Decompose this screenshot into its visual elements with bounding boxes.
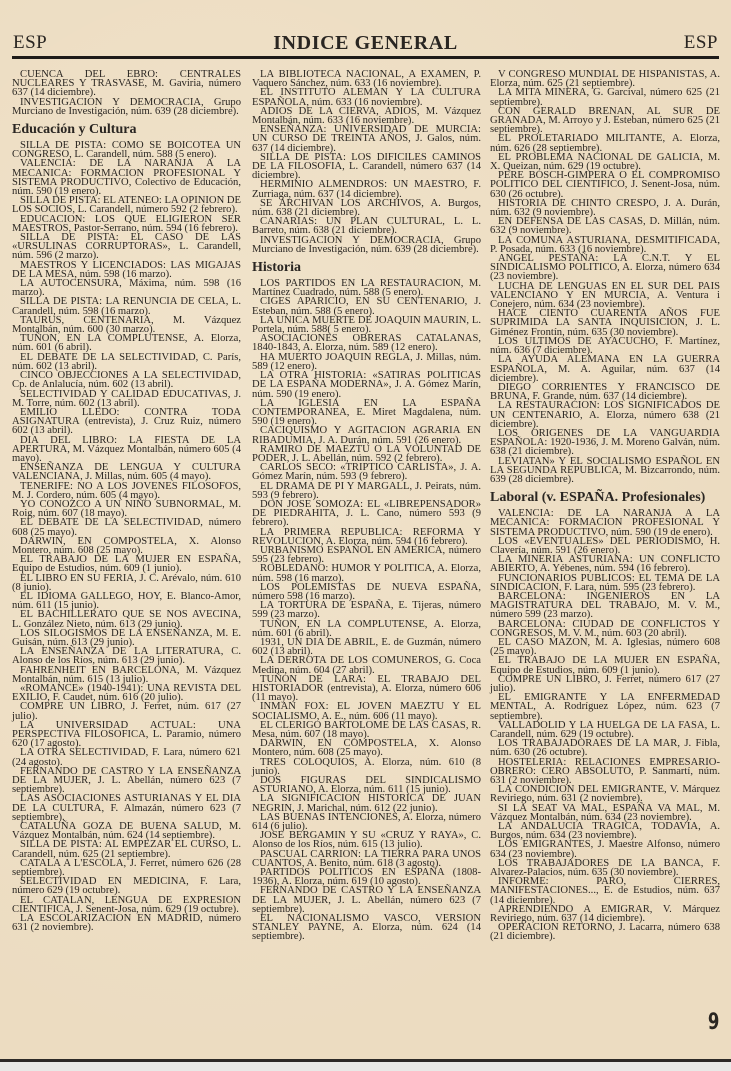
index-entry: LA MINERIA ASTURIANA: UN CONFLICTO ABIER… bbox=[490, 555, 720, 573]
index-entry: EMILIO LLEDO: CONTRA TODA ASIGNATURA (en… bbox=[12, 408, 241, 436]
index-entry: LA BIBLIOTECA NACIONAL, A EXAMEN, P. Vaq… bbox=[252, 70, 481, 88]
index-entry: LA UNICA MUERTE DE JOAQUIN MAURIN, L. Po… bbox=[252, 316, 481, 334]
index-entry: LOS SILOGISMOS DE LA ENSEÑANZA, M. E. Gu… bbox=[12, 629, 241, 647]
index-entry: EL NACIONALISMO VASCO, VERSION STANLEY P… bbox=[252, 914, 481, 942]
index-entry: «ROMANCE» (1940-1941): UNA REVISTA DEL E… bbox=[12, 684, 241, 702]
index-entry: EL BACHILLERATO QUE SE NOS AVECINA, L. G… bbox=[12, 610, 241, 628]
index-entry: LA RESTAURACION: LOS SIGNIFICADOS DE UN … bbox=[490, 401, 720, 429]
index-entry: EDUCACION: LOS QUE ELIGIERON SER MAESTRO… bbox=[12, 215, 241, 233]
index-entry: LEVIATAN» Y EL SOCIALISMO ESPAÑOL EN LA … bbox=[490, 457, 720, 485]
index-entry: LA OTRA HISTORIA: «SATIRAS POLITICAS DE … bbox=[252, 371, 481, 399]
index-entry: HA MUERTO JOAQUIN REGLA, J. Millas, núm.… bbox=[252, 353, 481, 371]
index-entry: EL CATALAN, LENGUA DE EXPRESION CIENTIFI… bbox=[12, 896, 241, 914]
index-entry: LA IGLESIA EN LA ESPAÑA CONTEMPORANEA, E… bbox=[252, 399, 481, 427]
index-entry: CIGES APARICIO, EN SU CENTENARIO, J. Est… bbox=[252, 297, 481, 315]
column-2: LA BIBLIOTECA NACIONAL, A EXAMEN, P. Vaq… bbox=[252, 70, 481, 942]
index-entry: OPERACION RETORNO, J. Lacarra, número 63… bbox=[490, 923, 720, 941]
index-entry: LA AUTOCENSURA, Máxima, núm. 598 (16 mar… bbox=[12, 279, 241, 297]
page-header: ESP INDICE GENERAL ESP bbox=[12, 32, 719, 56]
index-entry: ENSEÑANZA: UNIVERSIDAD DE MURCIA: UN CUR… bbox=[252, 125, 481, 153]
index-entry: TUÑON, EN LA COMPLUTENSE, A. Elorza, núm… bbox=[12, 334, 241, 352]
index-entry: EL IDIOMA GALLEGO, HOY, E. Blanco-Amor, … bbox=[12, 592, 241, 610]
index-entry: LOS TRABAJADORAES DE LA MAR, J. Fibla, n… bbox=[490, 739, 720, 757]
index-entry: LA COMUNA ASTURIANA, DESMITIFICADA, P. P… bbox=[490, 236, 720, 254]
header-rule bbox=[12, 56, 719, 59]
index-entry: DOS FIGURAS DEL SINDICALISMO ASTURIANO, … bbox=[252, 776, 481, 794]
index-entry: SILLA DE PISTA: LA RENUNCIA DE CELA, L. … bbox=[12, 297, 241, 315]
index-entry: SELECTIVIDAD EN MEDICINA, F. Lara, númer… bbox=[12, 877, 241, 895]
index-entry: CINCO OBJECCIONES A LA SELECTIVIDAD, Cp.… bbox=[12, 371, 241, 389]
index-entry: INVESTIGACION Y DEMOCRACIA, Grupo Murcia… bbox=[252, 236, 481, 254]
index-entry: EL TRABAJO DE LA MUJER EN ESPAÑA, Equipo… bbox=[490, 656, 720, 674]
index-entry: DARWIN, EN COMPOSTELA, X. Alonso Montero… bbox=[252, 739, 481, 757]
index-entry: CON GERALD BRENAN, AL SUR DE GRANADA, M.… bbox=[490, 107, 720, 135]
index-entry: CATALA A L'ESCOLA, J. Ferret, número 626… bbox=[12, 859, 241, 877]
index-entry: ADIOS DE LA CIERVA, ADIOS, M. Vázquez Mo… bbox=[252, 107, 481, 125]
index-entry: LAS BUENAS INTENCIONES, A. Elorza, númer… bbox=[252, 813, 481, 831]
header-right-label: ESP bbox=[684, 32, 718, 54]
index-entry: MAESTROS Y LICENCIADOS: LAS MIGAJAS DE L… bbox=[12, 261, 241, 279]
index-entry: LA ENSEÑANZA DE LA LITERATURA, C. Alonso… bbox=[12, 647, 241, 665]
index-entry: LA ANDALUCIA TRAGICA, TODAVIA, A. Burgos… bbox=[490, 822, 720, 840]
page-title: INDICE GENERAL bbox=[12, 32, 719, 55]
index-entry: LUCHA DE LENGUAS EN EL SUR DEL PAIS VALE… bbox=[490, 282, 720, 310]
index-entry: EL PROBLEMA NACIONAL DE GALICIA, M. X. Q… bbox=[490, 153, 720, 171]
index-entry: FUNCIONARIOS PUBLICOS: EL TEMA DE LA SIN… bbox=[490, 574, 720, 592]
index-entry: BARCELONA: CIUDAD DE CONFLICTOS Y CONGRE… bbox=[490, 620, 720, 638]
index-entry: DIA DEL LIBRO: LA FIESTA DE LA APERTURA,… bbox=[12, 436, 241, 464]
index-entry: CANARIAS: UN PLAN CULTURAL, L. L. Barret… bbox=[252, 217, 481, 235]
index-entry: LOS PARTIDOS EN LA RESTAURACION, M. Mart… bbox=[252, 279, 481, 297]
index-entry: VALENCIA: DE LA NARANJA A LA MECANICA: F… bbox=[12, 159, 241, 196]
index-entry: EL DEBATE DE LA SELECTIVIDAD, C. París, … bbox=[12, 353, 241, 371]
index-entry: ROBLEDANO: HUMOR Y POLITICA, A. Elorza, … bbox=[252, 564, 481, 582]
section-heading: Laboral (v. ESPAÑA. Profesionales) bbox=[490, 491, 720, 505]
index-entry: LOS TRABAJADORES DE LA BANCA, F. Alvarez… bbox=[490, 859, 720, 877]
index-entry: FERNANDO DE CASTRO Y LA ENSEÑANZA DE LA … bbox=[12, 767, 241, 795]
index-entry: LA CONDICION DEL EMIGRANTE, V. Márquez R… bbox=[490, 785, 720, 803]
index-entry: VALLADOLID Y LA HUELGA DE LA FASA, L. Ca… bbox=[490, 721, 720, 739]
index-entry: LOS EMIGRANTES, J. Maestre Alfonso, núme… bbox=[490, 840, 720, 858]
index-entry: COMPRE UN LIBRO, J. Ferret, número 617 (… bbox=[490, 675, 720, 693]
index-entry: JOSE BERGAMIN Y SU «CRUZ Y RAYA», C. Alo… bbox=[252, 831, 481, 849]
index-entry: TRES COLOQUIOS, A. Elorza, núm. 610 (8 j… bbox=[252, 758, 481, 776]
index-entry: LA PRIMERA REPUBLICA: REFORMA Y REVOLUCI… bbox=[252, 528, 481, 546]
index-entry: SE ARCHIVAN LOS ARCHIVOS, A. Burgos, núm… bbox=[252, 199, 481, 217]
index-entry: COMPRE UN LIBRO, J. Ferret, núm. 617 (27… bbox=[12, 702, 241, 720]
index-entry: DIEGO CORRIENTES Y FRANCISCO DE BRUNA, F… bbox=[490, 383, 720, 401]
index-entry: FAHRENHEIT EN BARCELONA, M. Vázquez Mont… bbox=[12, 666, 241, 684]
index-entry: LA TORTURA DE ESPAÑA, E. Tijeras, número… bbox=[252, 601, 481, 619]
index-entry: LOS ULTIMOS DE AYACUCHO, F. Martínez, nú… bbox=[490, 337, 720, 355]
index-entry: LA UNIVERSIDAD ACTUAL: UNA PERSPECTIVA F… bbox=[12, 721, 241, 749]
index-entry: PERE BOSCH-GIMPERA O EL COMPROMISO POLIT… bbox=[490, 171, 720, 199]
index-entry: RAMIRO DE MAEZTU O LA VOLUNTAD DE PODER,… bbox=[252, 445, 481, 463]
index-entry: LOS POLEMISTAS DE NUEVA ESPAÑA, número 5… bbox=[252, 583, 481, 601]
index-entry: INFORME: PARO, CIERRES, MANIFESTACIONES.… bbox=[490, 877, 720, 905]
index-page: ESP INDICE GENERAL ESP CUENCA DEL EBRO: … bbox=[0, 0, 731, 1062]
index-entry: EL DRAMA DE PI Y MARGALL, J. Peirats, nú… bbox=[252, 482, 481, 500]
page-number: 9 bbox=[708, 1010, 719, 1035]
index-entry: APRENDIENDO A EMIGRAR, V. Márquez Reviri… bbox=[490, 905, 720, 923]
index-entry: EL PROLETARIADO MILITANTE, A. Elorza, nú… bbox=[490, 134, 720, 152]
index-entry: EL DEBATE DE LA SELECTIVIDAD, número 608… bbox=[12, 518, 241, 536]
index-entry: URBANISMO ESPAÑOL EN AMERICA, número 595… bbox=[252, 546, 481, 564]
index-entry: CACIQUISMO Y AGITACION AGRARIA EN RIBADU… bbox=[252, 426, 481, 444]
section-heading: Historia bbox=[252, 261, 481, 275]
index-entry: DARWIN, EN COMPOSTELA, X. Alonso Montero… bbox=[12, 537, 241, 555]
index-entry: SILLA DE PISTA: AL EMPEZAR EL CURSO, L. … bbox=[12, 840, 241, 858]
index-entry: HISTORIA DE CHINTO CRESPO, J. A. Durán, … bbox=[490, 199, 720, 217]
index-entry: SILLA DE PISTA: LOS DIFICILES CAMINOS DE… bbox=[252, 153, 481, 181]
index-entry: EL INSTITUTO ALEMAN Y LA CULTURA ESPAÑOL… bbox=[252, 88, 481, 106]
index-entry: LAS ASOCIACIONES ASTURIANAS Y EL DIA DE … bbox=[12, 794, 241, 822]
index-entry: EL TRABAJO DE LA MUJER EN ESPAÑA, Equipo… bbox=[12, 555, 241, 573]
index-entry: HACE CIENTO CUARENTA AÑOS FUE SUPRIMIDA … bbox=[490, 309, 720, 337]
index-entry: LA ESCOLARIZACION EN MADRID, número 631 … bbox=[12, 914, 241, 932]
index-entry: EL CLERIGO BARTOLOME DE LAS CASAS, R. Me… bbox=[252, 721, 481, 739]
index-entry: LA SIGNIFICACION HISTORICA DE JUAN NEGRI… bbox=[252, 794, 481, 812]
index-entry: YO CONOZCO A UN NIÑO SUBNORMAL, M. Roig,… bbox=[12, 500, 241, 518]
index-entry: DON JOSE SOMOZA: EL «LIBREPENSADOR» DE P… bbox=[252, 500, 481, 528]
index-entry: TUÑON, EN LA COMPLUTENSE, A. Elorza, núm… bbox=[252, 620, 481, 638]
index-entry: 1931, UN DIA DE ABRIL, E. de Guzmán, núm… bbox=[252, 638, 481, 656]
index-entry: LA OTRA SELECTIVIDAD, F. Lara, número 62… bbox=[12, 748, 241, 766]
index-entry: SELECTIVIDAD Y CALIDAD EDUCATIVAS, J. M.… bbox=[12, 390, 241, 408]
index-entry: V CONGRESO MUNDIAL DE HISPANISTAS, A. El… bbox=[490, 70, 720, 88]
index-entry: TUÑON DE LARA: EL TRABAJO DEL HISTORIADO… bbox=[252, 675, 481, 703]
index-entry: SILLA DE PISTA: EL CASO DE LAS «URSULINA… bbox=[12, 233, 241, 261]
index-entry: INVESTIGACION Y DEMOCRACIA, Grupo Murcia… bbox=[12, 98, 241, 116]
index-entry: SILLA DE PISTA: EL ATENEO: LA OPINION DE… bbox=[12, 196, 241, 214]
index-entry: CARLOS SECO: «TRIPTICO CARLISTA», J. A. … bbox=[252, 463, 481, 481]
column-3: V CONGRESO MUNDIAL DE HISPANISTAS, A. El… bbox=[490, 70, 720, 942]
index-entry: EN DEFENSA DE LAS CASAS, D. Millán, núm.… bbox=[490, 217, 720, 235]
index-entry: LA MITA MINERA, G. Garcival, número 625 … bbox=[490, 88, 720, 106]
index-entry: CATALUÑA GOZA DE BUENA SALUD, M. Vázquez… bbox=[12, 822, 241, 840]
index-entry: ENSEÑANZA DE LENGUA Y CULTURA VALENCIANA… bbox=[12, 463, 241, 481]
index-entry: LOS ORIGENES DE LA VANGUARDIA ESPAÑOLA: … bbox=[490, 429, 720, 457]
index-entry: CUENCA DEL EBRO: CENTRALES NUCLEARES Y T… bbox=[12, 70, 241, 98]
index-entry: LA AYUDA ALEMANA EN LA GUERRA ESPAÑOLA, … bbox=[490, 355, 720, 383]
index-entry: PASCUAL CARRION: LA TIERRA PARA UNOS CUA… bbox=[252, 850, 481, 868]
index-entry: LOS «EVENTUALES» DEL PERIODISMO, H. Clav… bbox=[490, 537, 720, 555]
index-entry: ASOCIACIONES OBRERAS CATALANAS, 1840-184… bbox=[252, 334, 481, 352]
index-entry: ANGEL PESTAÑA: LA C.N.T. Y EL SINDICALIS… bbox=[490, 254, 720, 282]
index-entry: TENERIFE: NO A LOS JOVENES FILOSOFOS, M.… bbox=[12, 482, 241, 500]
index-entry: PARTIDOS POLITICOS EN ESPAÑA (1808-1936)… bbox=[252, 868, 481, 886]
section-heading: Educación y Cultura bbox=[12, 123, 241, 137]
index-entry: EL EMIGRANTE Y LA ENFERMEDAD MENTAL, A. … bbox=[490, 693, 720, 721]
index-entry: SILLA DE PISTA: COMO SE BOICOTEA UN CONG… bbox=[12, 141, 241, 159]
index-entry: HERMINIO ALMENDROS: UN MAESTRO, F. Zurri… bbox=[252, 180, 481, 198]
index-entry: TAURUS, CENTENARIA, M. Vázquez Montalbán… bbox=[12, 316, 241, 334]
index-entry: FERNANDO DE CASTRO Y LA ENSEÑANZA DE LA … bbox=[252, 886, 481, 914]
index-entry: EL CASO MAZON, M. A. Iglesias, número 60… bbox=[490, 638, 720, 656]
index-entry: HOSTELERIA: RELACIONES EMPRESARIO-OBRERO… bbox=[490, 758, 720, 786]
index-entry: EL LIBRO EN SU FERIA, J. C. Arévalo, núm… bbox=[12, 574, 241, 592]
index-entry: SI LA SEAT VA MAL, ESPAÑA VA MAL, M. Váz… bbox=[490, 804, 720, 822]
index-entry: LA DERROTA DE LOS COMUNEROS, G. Coca Med… bbox=[252, 656, 481, 674]
column-1: CUENCA DEL EBRO: CENTRALES NUCLEARES Y T… bbox=[12, 70, 241, 932]
index-entry: VALENCIA: DE LA NARANJA A LA MECANICA: F… bbox=[490, 509, 720, 537]
index-entry: BARCELONA: INGENIEROS EN LA MAGISTRATURA… bbox=[490, 592, 720, 620]
index-entry: INMAN FOX: EL JOVEN MAEZTU Y EL SOCIALIS… bbox=[252, 702, 481, 720]
